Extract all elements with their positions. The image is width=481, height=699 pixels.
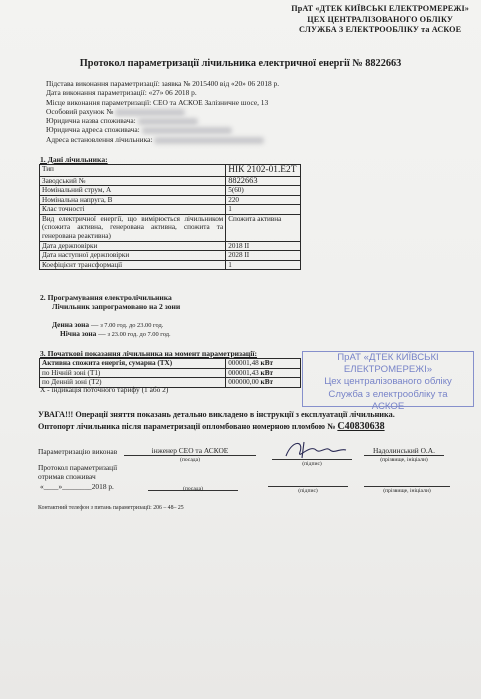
signature-line xyxy=(272,459,352,460)
row-value: НІК 2102-01.Е2Т xyxy=(226,165,301,177)
received-date: «____»________2018 р. xyxy=(40,482,114,491)
row-value: 000000,00 кВт xyxy=(226,378,301,388)
table-row: Номінальна напруга, В220 xyxy=(40,195,301,205)
contact-phone: Контактний телефон з питань параметризац… xyxy=(38,505,184,511)
redacted-install-address xyxy=(154,137,264,144)
tariff-note: Х - індикація поточного тарифу (1 або 2) xyxy=(40,385,168,394)
row-label: Дата наступної держповірки xyxy=(40,251,226,261)
service-name: СЛУЖБА З ЕЛЕКТРООБЛІКУ та АСКОЕ xyxy=(291,25,469,36)
night-zone-value: з 23.00 год. до 7.00 год. xyxy=(107,331,170,338)
table-row: Активна спожита енергія, сумарна (ТХ)000… xyxy=(40,359,301,369)
company-header: ПрАТ «ДТЕК КИЇВСЬКІ ЕЛЕКТРОМЕРЕЖІ» ЦЕХ Ц… xyxy=(291,4,469,36)
position-caption-2: (посада) xyxy=(148,486,238,492)
account-line: Особовий рахунок № xyxy=(46,107,279,116)
row-value: 000001,43 кВт xyxy=(226,368,301,378)
row-value: 000001,48 кВт xyxy=(226,359,301,369)
department-stamp: ПрАТ «ДТЕК КИЇВСЬКІ ЕЛЕКТРОМЕРЕЖІ» Цех ц… xyxy=(302,351,474,407)
position-field: інженер СЕО та АСКОЕ xyxy=(124,446,256,456)
signature-line-2 xyxy=(268,486,348,487)
section2-title: 2. Програмування електролічильника xyxy=(40,293,172,302)
position-value: інженер СЕО та АСКОЕ xyxy=(124,446,256,456)
row-label: Дата держповірки xyxy=(40,241,226,251)
legal-address-line: Юридична адреса споживача: xyxy=(46,125,279,134)
table-row: ТипНІК 2102-01.Е2Т xyxy=(40,165,301,177)
received-label-2: отримав споживач xyxy=(38,472,96,481)
row-value: 2028 II xyxy=(226,251,301,261)
name-value: Надолинський О.А. xyxy=(364,446,444,456)
protocol-document: ПрАТ «ДТЕК КИЇВСЬКІ ЕЛЕКТРОМЕРЕЖІ» ЦЕХ Ц… xyxy=(0,0,481,699)
department-name: ЦЕХ ЦЕНТРАЛІЗОВАНОГО ОБЛІКУ xyxy=(291,15,469,26)
signature-caption-2: (підпис) xyxy=(268,488,348,494)
basis-line: Підстава виконання параметризації: заявк… xyxy=(46,79,279,88)
name-caption: (прізвище, ініціали) xyxy=(364,457,444,463)
date-line: Дата виконання параметризації: «27» 06 2… xyxy=(46,88,279,97)
reading-unit: кВт xyxy=(261,359,273,367)
row-value: 220 xyxy=(226,195,301,205)
reading-unit: кВт xyxy=(261,369,273,377)
name-field: Надолинський О.А. xyxy=(364,446,444,456)
section2-subtitle: Лічильник запрограмовано на 2 зони xyxy=(52,302,180,311)
row-label: Клас точності xyxy=(40,205,226,215)
document-title: Протокол параметризації лічильника елект… xyxy=(0,58,481,69)
place-line: Місце виконання параметризації: СЕО та А… xyxy=(46,98,279,107)
install-address-label: Адреса встановлення лічильника: xyxy=(46,135,152,144)
table-row: Номінальний струм, А5(60) xyxy=(40,186,301,196)
install-address-line: Адреса встановлення лічильника: xyxy=(46,135,279,144)
night-zone-label: Нічна зона xyxy=(60,329,96,338)
section1-title: 1. Дані лічильника: xyxy=(40,155,108,164)
redacted-legal-name xyxy=(138,118,198,125)
reading-value: 000000,00 xyxy=(228,378,259,386)
seal-line: Оптопорт лічильника після параметризації… xyxy=(38,421,385,432)
table-row: Клас точності1 xyxy=(40,205,301,215)
table-row: Дата держповірки2018 II xyxy=(40,241,301,251)
reading-value: 000001,48 xyxy=(228,359,259,367)
row-value: 1 xyxy=(226,205,301,215)
row-value: 5(60) xyxy=(226,186,301,196)
name-caption-2: (прізвище, ініціали) xyxy=(364,488,450,494)
table-row: по Нічній зоні (Т1)000001,43 кВт xyxy=(40,368,301,378)
legal-address-label: Юридична адреса споживача: xyxy=(46,125,140,134)
meter-data-table: ТипНІК 2102-01.Е2Т Заводський №8822663 Н… xyxy=(39,164,301,270)
row-label: по Нічній зоні (Т1) xyxy=(40,368,226,378)
table-row: Дата наступної держповірки2028 II xyxy=(40,251,301,261)
row-label: Номінальна напруга, В xyxy=(40,195,226,205)
stamp-line: ПрАТ «ДТЕК КИЇВСЬКІ ЕЛЕКТРОМЕРЕЖІ» xyxy=(303,352,473,376)
reading-value: 000001,43 xyxy=(228,369,259,377)
row-value: 1 xyxy=(226,260,301,270)
row-value: 8822663 xyxy=(226,176,301,186)
section3-title: 3. Початкові показання лічильника на мом… xyxy=(40,349,257,358)
row-label: Активна спожита енергія, сумарна (ТХ) xyxy=(40,359,226,369)
name-line-2 xyxy=(364,486,450,487)
readings-table: Активна спожита енергія, сумарна (ТХ)000… xyxy=(39,358,301,388)
seal-text: Оптопорт лічильника після параметризації… xyxy=(38,422,335,431)
redacted-account xyxy=(115,109,185,116)
stamp-line: Цех централізованого обліку xyxy=(303,376,473,388)
row-label: Тип xyxy=(40,165,226,177)
stamp-line: Служба з електрообліку та xyxy=(303,389,473,401)
seal-number: С40830638 xyxy=(337,421,384,432)
position-caption: (посада) xyxy=(124,457,256,463)
warning-text: УВАГА!!! Операції зняття показань деталь… xyxy=(38,410,395,419)
legal-name-line: Юридична назва споживача: xyxy=(46,116,279,125)
row-value: 2018 II xyxy=(226,241,301,251)
intro-block: Підстава виконання параметризації: заявк… xyxy=(46,79,279,144)
table-row: Заводський №8822663 xyxy=(40,176,301,186)
row-label: Коефіцієнт трансформації xyxy=(40,260,226,270)
company-name: ПрАТ «ДТЕК КИЇВСЬКІ ЕЛЕКТРОМЕРЕЖІ» xyxy=(291,4,469,15)
table-row: Коефіцієнт трансформації1 xyxy=(40,260,301,270)
signature-caption: (підпис) xyxy=(272,461,352,467)
night-zone-line: Нічна зона — з 23.00 год. до 7.00 год. xyxy=(60,329,171,339)
day-zone-label: Денна зона xyxy=(52,320,89,329)
table-row: Вид електричної енергії, що вимірюється … xyxy=(40,214,301,241)
redacted-legal-address xyxy=(142,127,232,134)
account-label: Особовий рахунок № xyxy=(46,107,113,116)
legal-name-label: Юридична назва споживача: xyxy=(46,116,136,125)
performed-by-label: Параметризацію виконав xyxy=(38,447,117,456)
reading-unit: кВт xyxy=(261,378,273,386)
row-label: Заводський № xyxy=(40,176,226,186)
row-value: Спожита активна xyxy=(226,214,301,241)
row-label: Вид електричної енергії, що вимірюється … xyxy=(40,214,226,241)
day-zone-value: з 7.00 год. до 23.00 год. xyxy=(100,322,163,329)
row-label: Номінальний струм, А xyxy=(40,186,226,196)
received-label-1: Протокол параметризації xyxy=(38,463,117,472)
